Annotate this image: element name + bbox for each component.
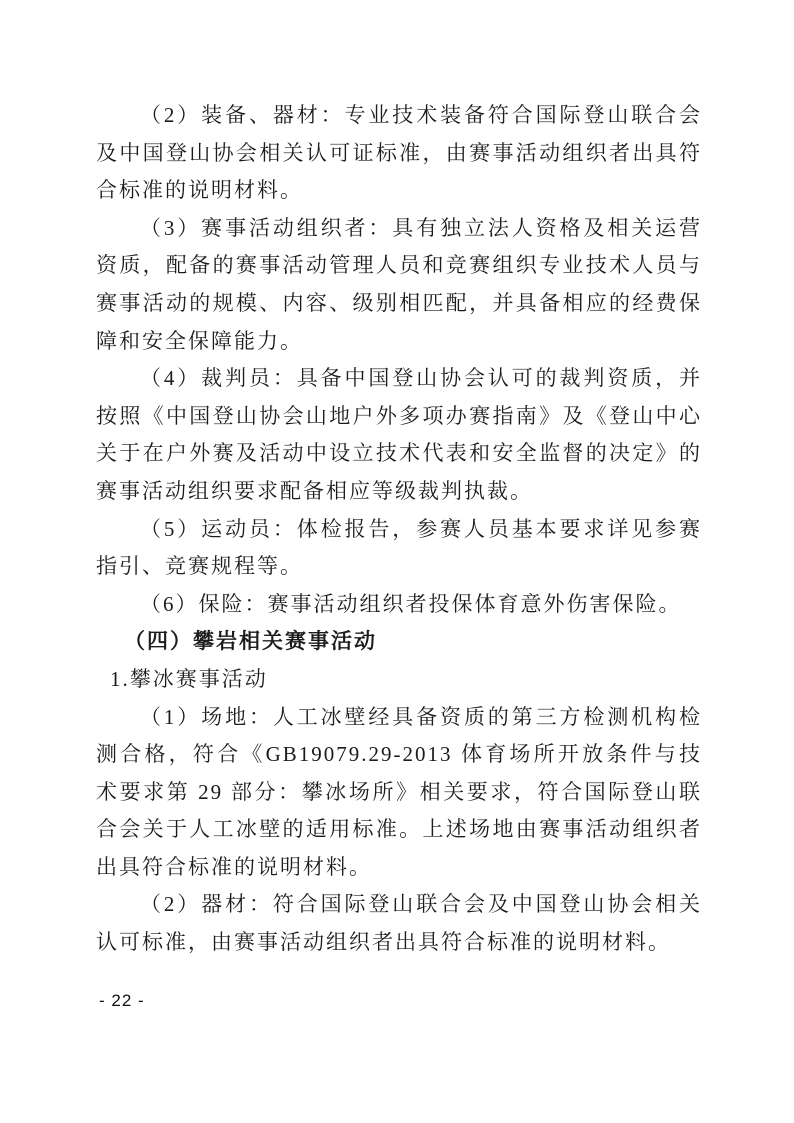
paragraph-athletes: （5）运动员：体检报告，参赛人员基本要求详见参赛指引、竞赛规程等。 — [96, 511, 702, 586]
paragraph-venue: （1）场地：人工冰壁经具备资质的第三方检测机构检测合格，符合《GB19079.2… — [96, 699, 702, 887]
paragraph-gear-standards: （2）器材：符合国际登山联合会及中国登山协会相关认可标准，由赛事活动组织者出具符… — [96, 886, 702, 961]
paragraph-equipment-gear: （2）装备、器材：专业技术装备符合国际登山联合会及中国登山协会相关认可证标准，由… — [96, 97, 702, 210]
page-number: - 22 - — [99, 991, 145, 1011]
paragraph-referees: （4）裁判员：具备中国登山协会认可的裁判资质，并按照《中国登山协会山地户外多项办… — [96, 360, 702, 510]
paragraph-event-organizer: （3）赛事活动组织者：具有独立法人资格及相关运营资质，配备的赛事活动管理人员和竞… — [96, 210, 702, 360]
paragraph-insurance: （6）保险：赛事活动组织者投保体育意外伤害保险。 — [96, 586, 702, 624]
document-body: （2）装备、器材：专业技术装备符合国际登山联合会及中国登山协会相关认可证标准，由… — [96, 97, 702, 962]
document-page: （2）装备、器材：专业技术装备符合国际登山联合会及中国登山协会相关认可证标准，由… — [0, 0, 794, 1123]
subheading-ice-climbing-events: 1.攀冰赛事活动 — [96, 661, 702, 699]
section-heading-climbing-events: （四）攀岩相关赛事活动 — [96, 623, 702, 661]
